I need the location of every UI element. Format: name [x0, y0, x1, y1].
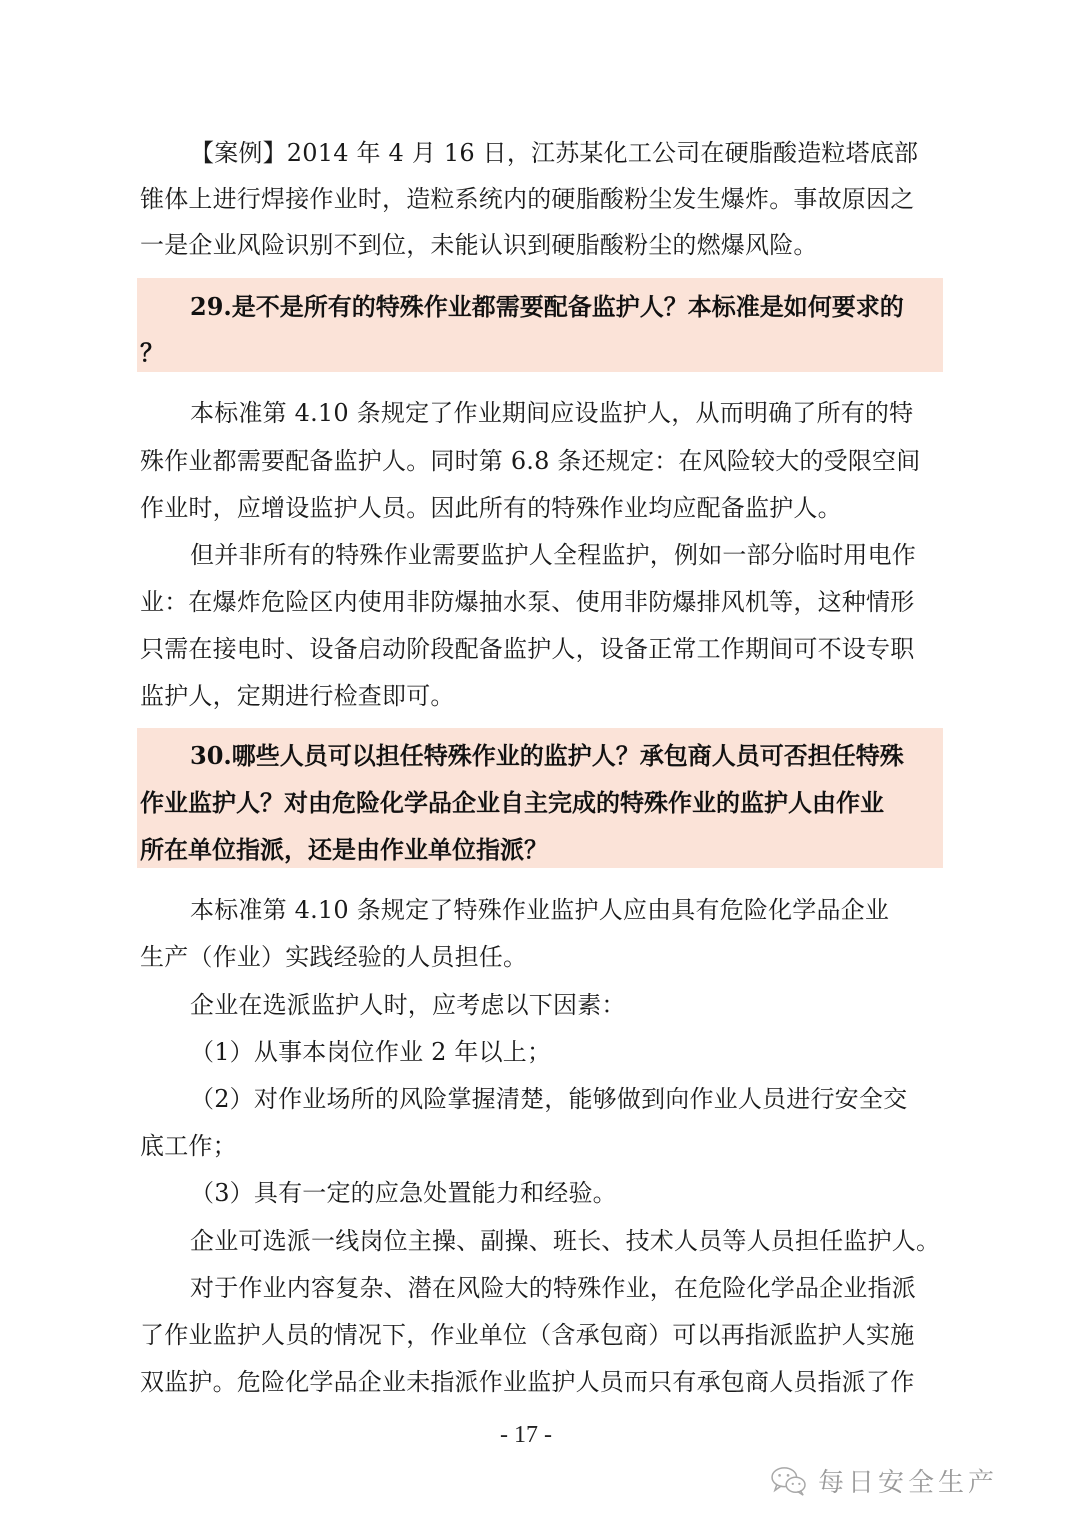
- answer-30-item2-line: 底工作；: [140, 1131, 940, 1161]
- watermark-text: 每日安全生产: [818, 1462, 998, 1499]
- question-29-line: ？: [140, 338, 164, 368]
- answer-30-item2-line: （2）对作业场所的风险掌握清楚，能够做到向作业人员进行安全交: [190, 1084, 990, 1114]
- question-30-line: 所在单位指派，还是由作业单位指派？: [140, 835, 548, 865]
- answer-29-para2-line: 监护人，定期进行检查即可。: [140, 681, 940, 711]
- wechat-icon: [770, 1465, 808, 1497]
- answer-30-para1-line: 本标准第 4.10 条规定了特殊作业监护人应由具有危险化学品企业: [190, 895, 940, 925]
- question-30-highlight: 30.哪些人员可以担任特殊作业的监护人？承包商人员可否担任特殊 作业监护人？对由…: [137, 728, 943, 868]
- case-paragraph-line: 【案例】2014 年 4 月 16 日，江苏某化工公司在硬脂酸造粒塔底部: [190, 138, 940, 168]
- answer-29-para1-line: 本标准第 4.10 条规定了作业期间应设监护人，从而明确了所有的特: [190, 398, 940, 428]
- answer-29-para1-line: 殊作业都需要配备监护人。同时第 6.8 条还规定：在风险较大的受限空间: [140, 446, 940, 476]
- case-paragraph-line: 锥体上进行焊接作业时，造粒系统内的硬脂酸粉尘发生爆炸。事故原因之: [140, 184, 940, 214]
- answer-30-para4-line: 双监护。危险化学品企业未指派作业监护人员而只有承包商人员指派了作: [140, 1367, 940, 1397]
- answer-29-para1-line: 作业时，应增设监护人员。因此所有的特殊作业均应配备监护人。: [140, 493, 940, 523]
- question-30-line: 作业监护人？对由危险化学品企业自主完成的特殊作业的监护人由作业: [140, 788, 884, 818]
- answer-30-item1: （1）从事本岗位作业 2 年以上；: [190, 1037, 990, 1067]
- question-30-line: 30.哪些人员可以担任特殊作业的监护人？承包商人员可否担任特殊: [190, 741, 904, 771]
- answer-29-para2-line: 但并非所有的特殊作业需要监护人全程监护，例如一部分临时用电作: [190, 540, 940, 570]
- answer-30-para3: 企业可选派一线岗位主操、副操、班长、技术人员等人员担任监护人。: [190, 1226, 940, 1256]
- answer-30-para1-line: 生产（作业）实践经验的人员担任。: [140, 942, 940, 972]
- answer-29-para2-line: 业：在爆炸危险区内使用非防爆抽水泵、使用非防爆排风机等，这种情形: [140, 587, 940, 617]
- question-29-line: 29.是不是所有的特殊作业都需要配备监护人？本标准是如何要求的: [190, 292, 904, 322]
- document-page: 【案例】2014 年 4 月 16 日，江苏某化工公司在硬脂酸造粒塔底部 锥体上…: [0, 0, 1080, 1528]
- watermark: 每日安全生产: [770, 1462, 998, 1499]
- page-number: - 17 -: [500, 1420, 552, 1450]
- answer-29-para2-line: 只需在接电时、设备启动阶段配备监护人，设备正常工作期间可不设专职: [140, 634, 940, 664]
- answer-30-para2-line: 企业在选派监护人时，应考虑以下因素：: [190, 990, 940, 1020]
- answer-30-item3: （3）具有一定的应急处置能力和经验。: [190, 1178, 990, 1208]
- question-29-highlight: 29.是不是所有的特殊作业都需要配备监护人？本标准是如何要求的 ？: [137, 278, 943, 372]
- answer-30-para4-line: 了作业监护人员的情况下，作业单位（含承包商）可以再指派监护人实施: [140, 1320, 940, 1350]
- answer-30-para4-line: 对于作业内容复杂、潜在风险大的特殊作业，在危险化学品企业指派: [190, 1273, 940, 1303]
- case-paragraph-line: 一是企业风险识别不到位，未能认识到硬脂酸粉尘的燃爆风险。: [140, 230, 940, 260]
